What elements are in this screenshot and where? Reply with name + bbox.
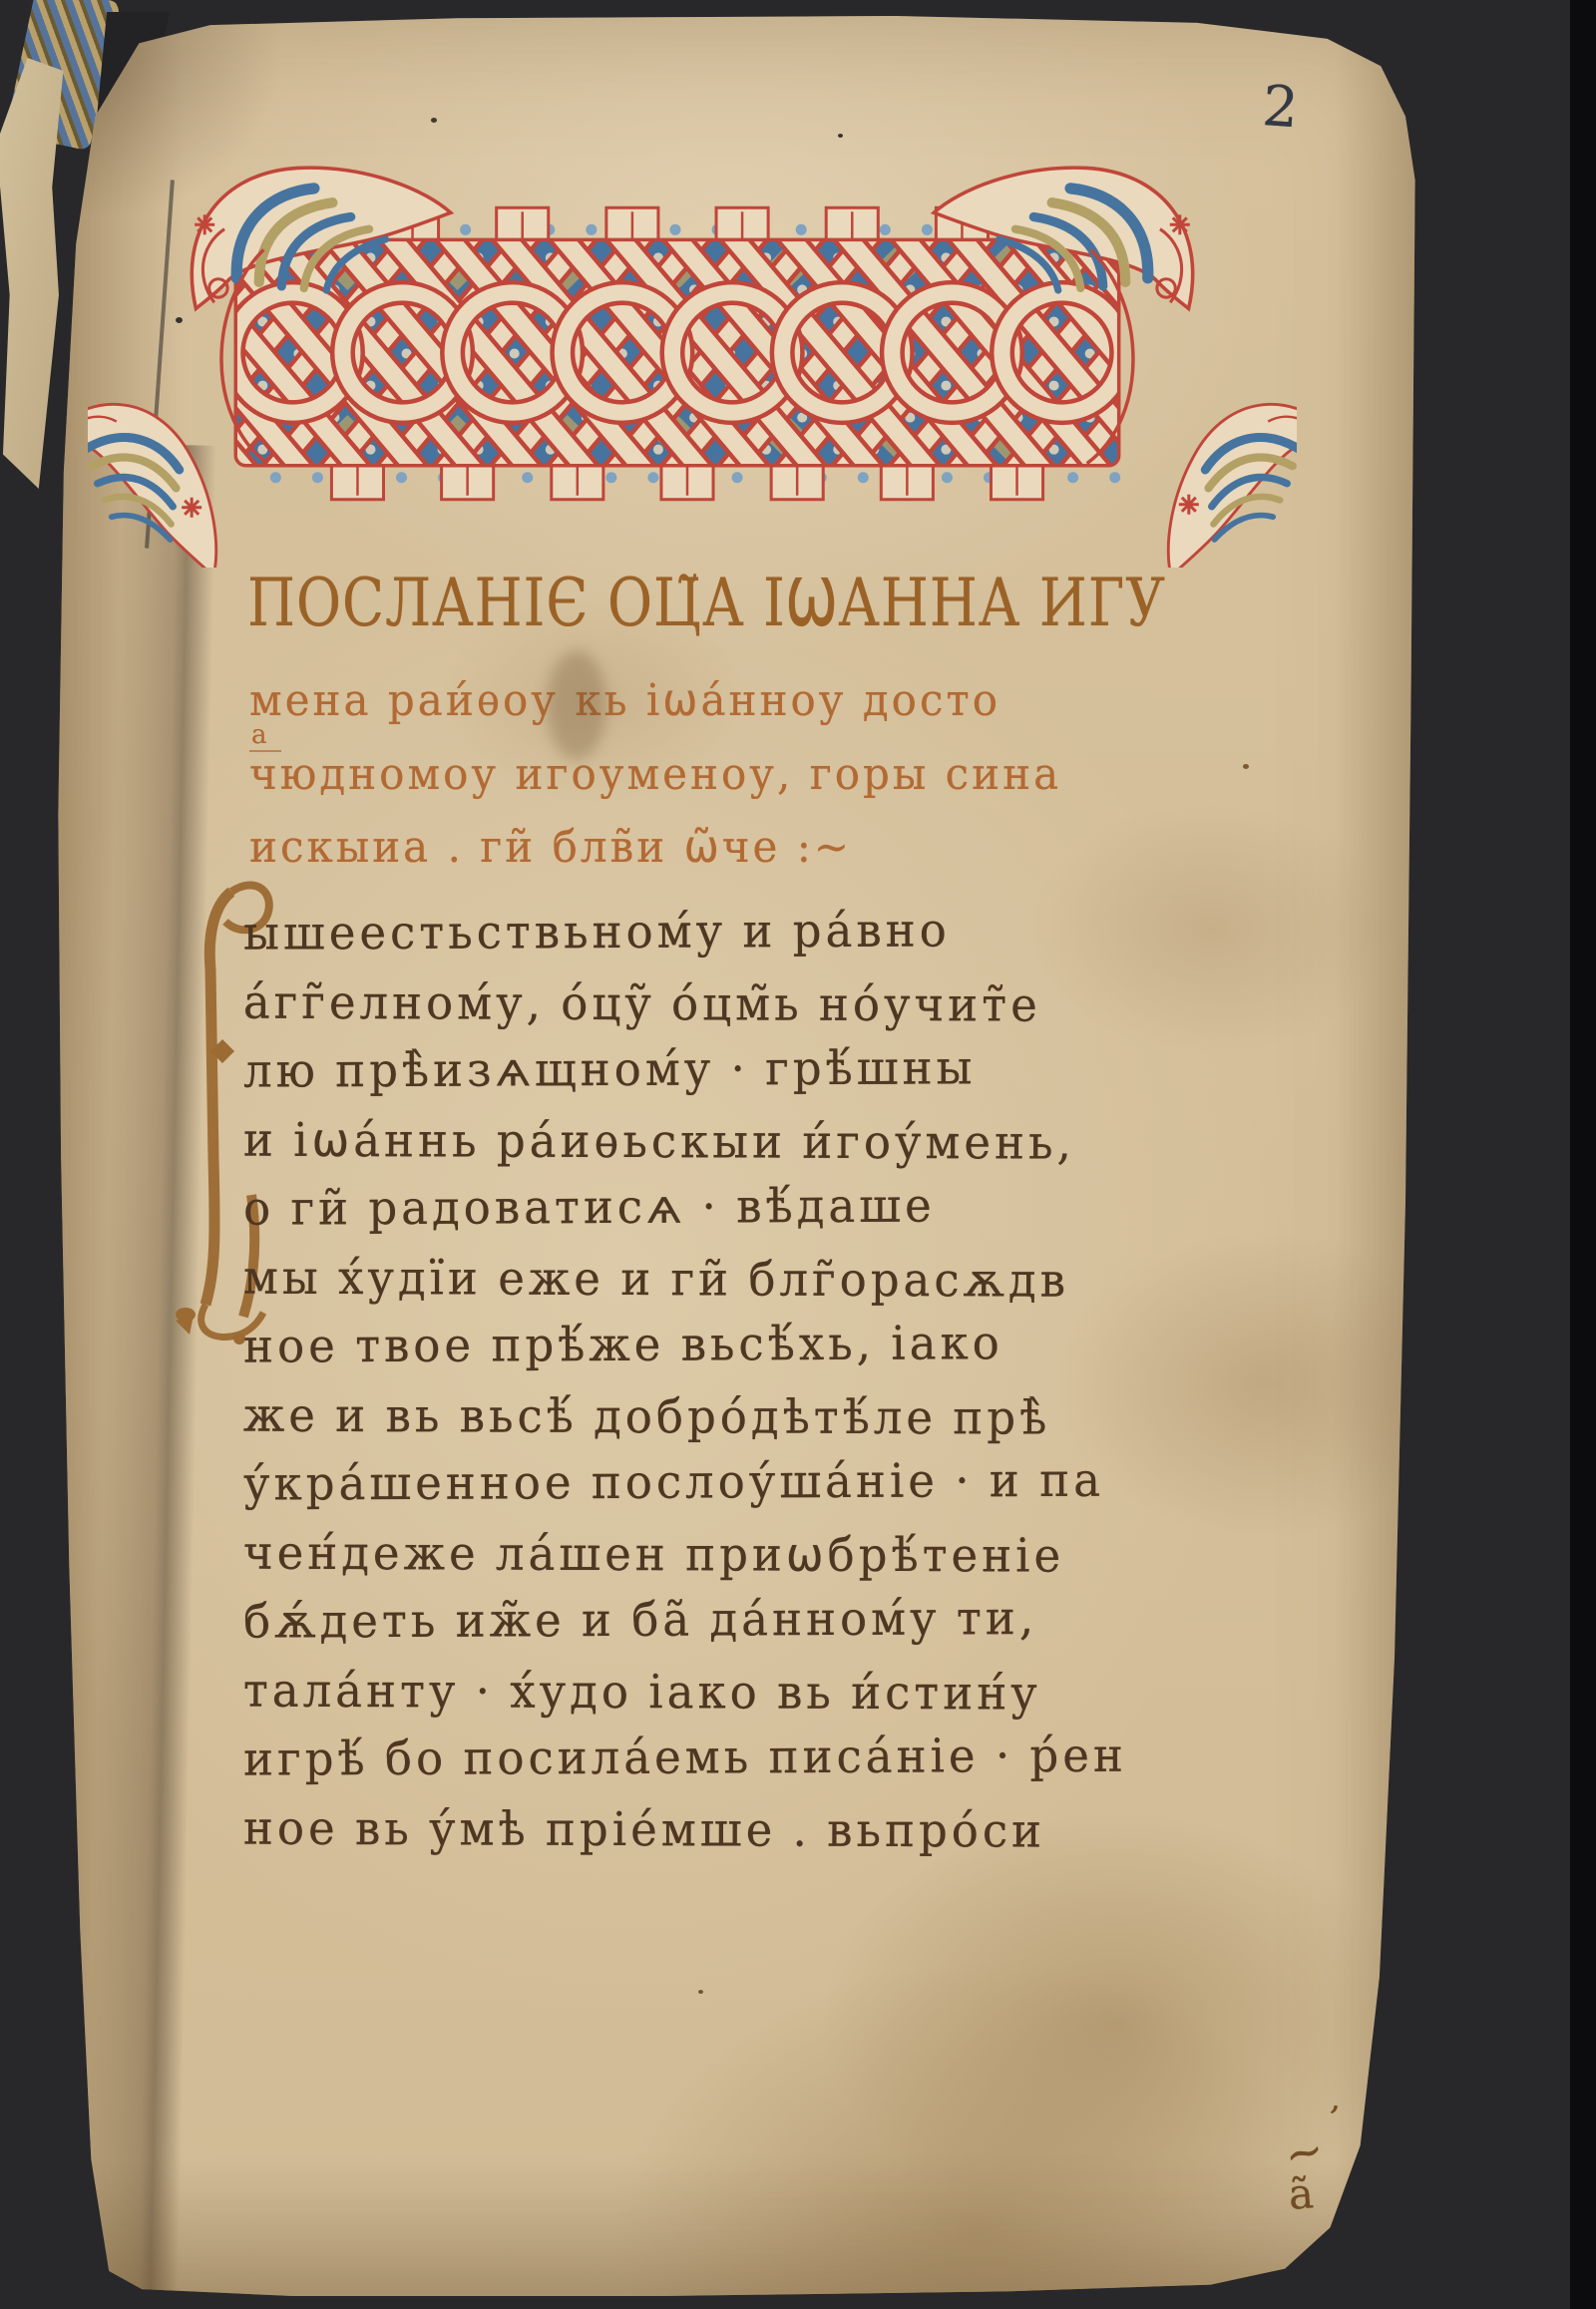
headpiece-ornament xyxy=(88,118,1297,568)
scanner-background-strip xyxy=(1570,0,1596,2309)
body-line: тала́нту · х́удо іако вь и́стин́у xyxy=(243,1663,1041,1721)
quire-signature: а̃ xyxy=(1287,2168,1315,2219)
body-line: у́кра́шенное послоу́ша́ніе · и па xyxy=(243,1452,1104,1511)
body-line: ышеестьствьном́у и ра́вно xyxy=(243,903,951,961)
leaf-right xyxy=(1139,375,1297,568)
body-line: игрѣ́ бо посила́емь писа́ніе · р́ен xyxy=(243,1728,1127,1786)
manuscript-scan: В ПОСЛАНІЄ ОЦ̃А ІѠАННА ИГУ мена раи́ѳоу … xyxy=(0,0,1596,2309)
body-line: ное вь у́мѣ пріе́мше . вьпро́си xyxy=(243,1800,1045,1858)
leaf-left xyxy=(88,375,245,568)
rubric-correction: а xyxy=(249,720,281,752)
ink-speck xyxy=(431,118,437,123)
body-line: бѫ́деть иж̃е и ба̃ да́нном́у ти, xyxy=(243,1590,1037,1649)
body-line: чен́деже ла́шен приѡбрѣ́теніе xyxy=(243,1525,1064,1583)
rubric-line: чюдномоу игоуменоу, горы сина xyxy=(249,748,1061,799)
ink-speck xyxy=(698,1990,703,1994)
body-line: и іѡа́ннь ра́иѳьскыи и́гоу́мень, xyxy=(243,1112,1075,1170)
ink-speck xyxy=(838,134,843,138)
title-line: ПОСЛАНІЄ ОЦ̃А ІѠАННА ИГУ xyxy=(247,565,1166,641)
rubric-line: мена раи́ѳоу кь іѡа́нноу досто xyxy=(249,674,1000,725)
body-line: а́гг̃елном́у, о́цу̃ о́цм̃ь но́учит̃е xyxy=(243,974,1041,1032)
folio-number: 2 xyxy=(1260,74,1300,141)
body-line: о ги̃ радоватисѧ · вѣ́даше xyxy=(243,1178,936,1236)
body-line: мы х́удїи еже и ги̃ блг̃орасѫдв xyxy=(243,1250,1069,1308)
ink-speck xyxy=(1243,764,1249,769)
body-line: ное твое прѣ́же вьсѣ́хь, іако xyxy=(243,1316,1003,1374)
rubric-line: искыиа . ги̃ блв̃и ѡ̃че :~ xyxy=(249,821,852,872)
ink-speck xyxy=(176,317,183,323)
ink-stain xyxy=(547,650,606,760)
body-line: лю прѣ̀изѧщном́у · грѣ́шны xyxy=(243,1040,976,1098)
body-line: же и вь вьсѣ́ добро́дѣтѣ́ле прѣ̀ xyxy=(243,1387,1051,1445)
